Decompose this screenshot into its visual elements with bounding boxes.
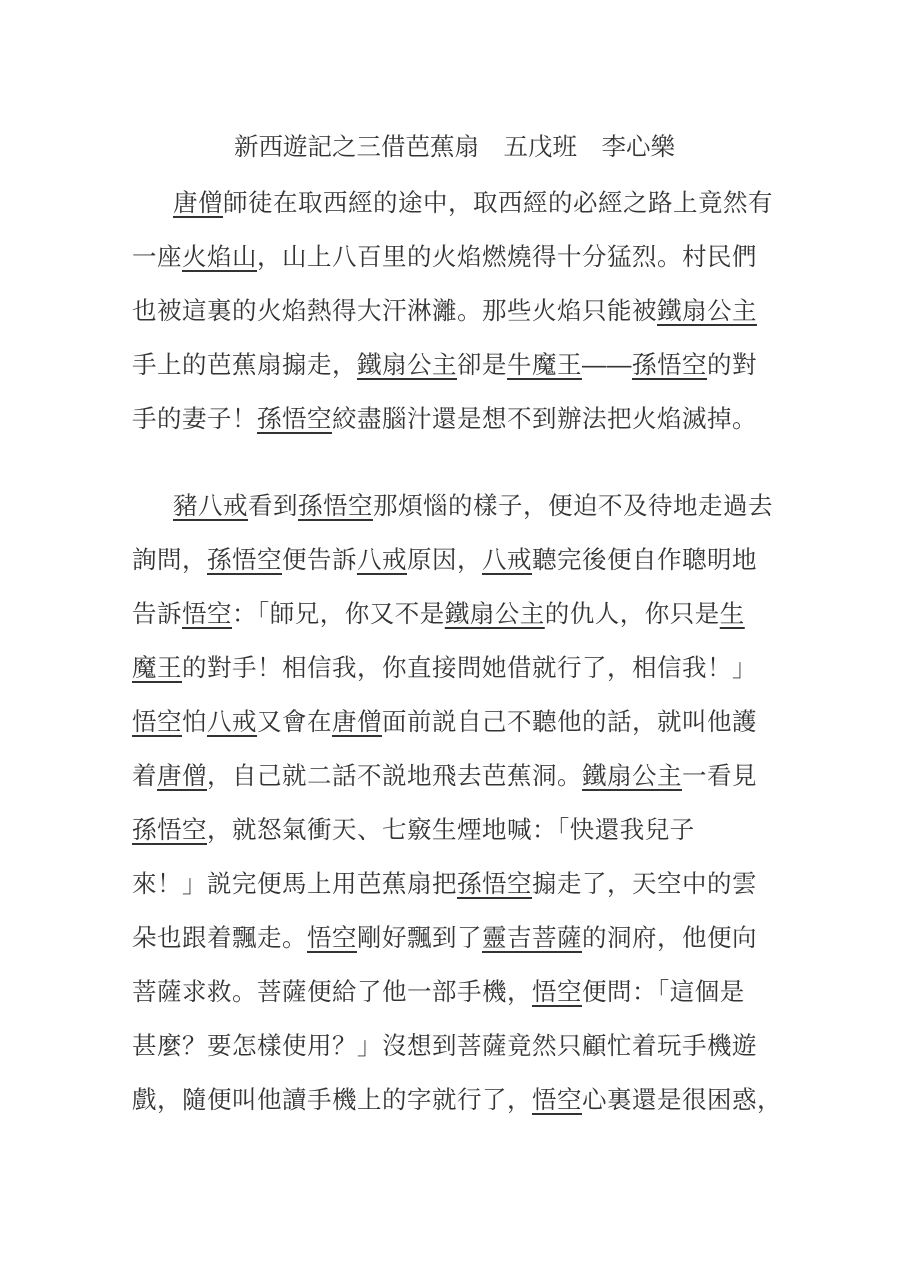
text-line: 菩薩求救。菩薩便給了他一部手機，悟空便問：「這個是: [132, 966, 777, 1020]
text-segment: 又會在: [257, 709, 332, 736]
underlined-name: 孫悟空: [207, 547, 282, 574]
text-line: 戲，隨便叫他讀手機上的字就行了，悟空心裏還是很困惑，: [132, 1074, 777, 1128]
text-segment: 的對: [707, 352, 757, 379]
text-segment: 也被這裏的火焰熱得大汗淋灕。那些火焰只能被: [132, 298, 657, 325]
text-line: 甚麼？要怎樣使用？」沒想到菩薩竟然只顧忙着玩手機遊: [132, 1020, 777, 1074]
text-segment: 朵也跟着飄走。: [132, 925, 307, 952]
text-line: 豬八戒看到孫悟空那煩惱的樣子，便迫不及待地走過去: [132, 480, 777, 534]
underlined-name: 孫悟空: [298, 493, 373, 520]
text-segment: 着: [132, 763, 157, 790]
text-segment: 看到: [248, 493, 298, 520]
text-segment: 一座: [132, 244, 182, 271]
underlined-name: 孫悟空: [632, 352, 707, 379]
text-line: 唐僧師徒在取西經的途中，取西經的必經之路上竟然有: [132, 177, 777, 231]
text-segment: 手上的芭蕉扇搧走，: [132, 352, 357, 379]
text-line: 一座火焰山，山上八百里的火焰燃燒得十分猛烈。村民們: [132, 231, 777, 285]
text-line: 來！」説完便馬上用芭蕉扇把孫悟空搧走了，天空中的雲: [132, 858, 777, 912]
text-segment: 詢問，: [132, 547, 207, 574]
text-line: 悟空怕八戒又會在唐僧面前説自己不聽他的話，就叫他護: [132, 696, 777, 750]
paragraph: 唐僧師徒在取西經的途中，取西經的必經之路上竟然有一座火焰山，山上八百里的火焰燃燒…: [132, 177, 777, 447]
underlined-name: 鐵扇公主: [657, 298, 757, 325]
underlined-name: 八戒: [482, 547, 532, 574]
text-segment: ：「師兄，你又不是: [232, 601, 445, 628]
underlined-name: 唐僧: [173, 190, 223, 217]
underlined-name: 唐僧: [332, 709, 382, 736]
text-segment: 的仇人，你只是: [545, 601, 720, 628]
document-title: 新西遊記之三借芭蕉扇 五戊班 李心樂: [132, 121, 777, 175]
underlined-name: 靈吉菩薩: [482, 925, 582, 952]
underlined-name: 孫悟空: [257, 406, 332, 433]
underlined-name: 火焰山: [182, 244, 257, 271]
text-segment: 師徒在取西經的途中，取西經的必經之路上竟然有: [223, 190, 773, 217]
text-line: 手上的芭蕉扇搧走，鐵扇公主卻是牛魔王——孫悟空的對: [132, 339, 777, 393]
underlined-name: 八戒: [357, 547, 407, 574]
text-line: 詢問，孫悟空便告訴八戒原因，八戒聽完後便自作聰明地: [132, 534, 777, 588]
document-content: 新西遊記之三借芭蕉扇 五戊班 李心樂 唐僧師徒在取西經的途中，取西經的必經之路上…: [132, 121, 777, 1128]
text-segment: 的對手！相信我，你直接問她借就行了，相信我！」: [182, 655, 757, 682]
text-segment: 卻是: [457, 352, 507, 379]
paragraph: 豬八戒看到孫悟空那煩惱的樣子，便迫不及待地走過去詢問，孫悟空便告訴八戒原因，八戒…: [132, 480, 777, 1128]
text-segment: ，自己就二話不説地飛去芭蕉洞。: [207, 763, 582, 790]
text-segment: 剛好飄到了: [357, 925, 482, 952]
text-segment: 原因，: [407, 547, 482, 574]
text-segment: 手的妻子！: [132, 406, 257, 433]
text-segment: 便告訴: [282, 547, 357, 574]
underlined-name: 魔王: [132, 655, 182, 682]
text-line: 朵也跟着飄走。悟空剛好飄到了靈吉菩薩的洞府，他便向: [132, 912, 777, 966]
document-body: 唐僧師徒在取西經的途中，取西經的必經之路上竟然有一座火焰山，山上八百里的火焰燃燒…: [132, 177, 777, 1128]
text-line: 魔王的對手！相信我，你直接問她借就行了，相信我！」: [132, 642, 777, 696]
text-segment: 聽完後便自作聰明地: [532, 547, 757, 574]
text-segment: ，就怒氣衝天、七竅生煙地喊：「快還我兒子: [207, 817, 695, 844]
text-segment: 絞盡腦汁還是想不到辦法把火焰滅掉。: [332, 406, 757, 433]
underlined-name: 豬八戒: [173, 493, 248, 520]
document-page: 新西遊記之三借芭蕉扇 五戊班 李心樂 唐僧師徒在取西經的途中，取西經的必經之路上…: [0, 0, 905, 1280]
underlined-name: 唐僧: [157, 763, 207, 790]
text-segment: 來！」説完便馬上用芭蕉扇把: [132, 871, 457, 898]
underlined-name: 牛魔王: [507, 352, 582, 379]
text-segment: 的洞府，他便向: [582, 925, 757, 952]
text-line: 也被這裏的火焰熱得大汗淋灕。那些火焰只能被鐵扇公主: [132, 285, 777, 339]
text-segment: ——: [582, 352, 632, 379]
underlined-name: 八戒: [207, 709, 257, 736]
underlined-name: 悟空: [532, 1087, 582, 1114]
underlined-name: 悟空: [532, 979, 582, 1006]
text-segment: 告訴: [132, 601, 182, 628]
underlined-name: 悟空: [132, 709, 182, 736]
underlined-name: 鐵扇公主: [357, 352, 457, 379]
text-line: 告訴悟空：「師兄，你又不是鐵扇公主的仇人，你只是生: [132, 588, 777, 642]
underlined-name: 鐵扇公主: [582, 763, 682, 790]
underlined-name: 鐵扇公主: [445, 601, 545, 628]
text-segment: 甚麼？要怎樣使用？」沒想到菩薩竟然只顧忙着玩手機遊: [132, 1033, 757, 1060]
text-segment: 搧走了，天空中的雲: [532, 871, 757, 898]
text-line: 手的妻子！孫悟空絞盡腦汁還是想不到辦法把火焰滅掉。: [132, 393, 777, 447]
text-segment: 菩薩求救。菩薩便給了他一部手機，: [132, 979, 532, 1006]
text-line: 着唐僧，自己就二話不説地飛去芭蕉洞。鐵扇公主一看見: [132, 750, 777, 804]
text-segment: 一看見: [682, 763, 757, 790]
text-segment: 戲，隨便叫他讀手機上的字就行了，: [132, 1087, 532, 1114]
underlined-name: 孫悟空: [132, 817, 207, 844]
text-segment: ，山上八百里的火焰燃燒得十分猛烈。村民們: [257, 244, 757, 271]
underlined-name: 悟空: [182, 601, 232, 628]
text-segment: 面前説自己不聽他的話，就叫他護: [382, 709, 757, 736]
underlined-name: 孫悟空: [457, 871, 532, 898]
underlined-name: 悟空: [307, 925, 357, 952]
text-line: 孫悟空，就怒氣衝天、七竅生煙地喊：「快還我兒子: [132, 804, 777, 858]
text-segment: 心裏還是很困惑，: [582, 1087, 782, 1114]
text-segment: 便問：「這個是: [582, 979, 745, 1006]
text-segment: 怕: [182, 709, 207, 736]
text-segment: 那煩惱的樣子，便迫不及待地走過去: [373, 493, 773, 520]
underlined-name: 生: [720, 601, 745, 628]
